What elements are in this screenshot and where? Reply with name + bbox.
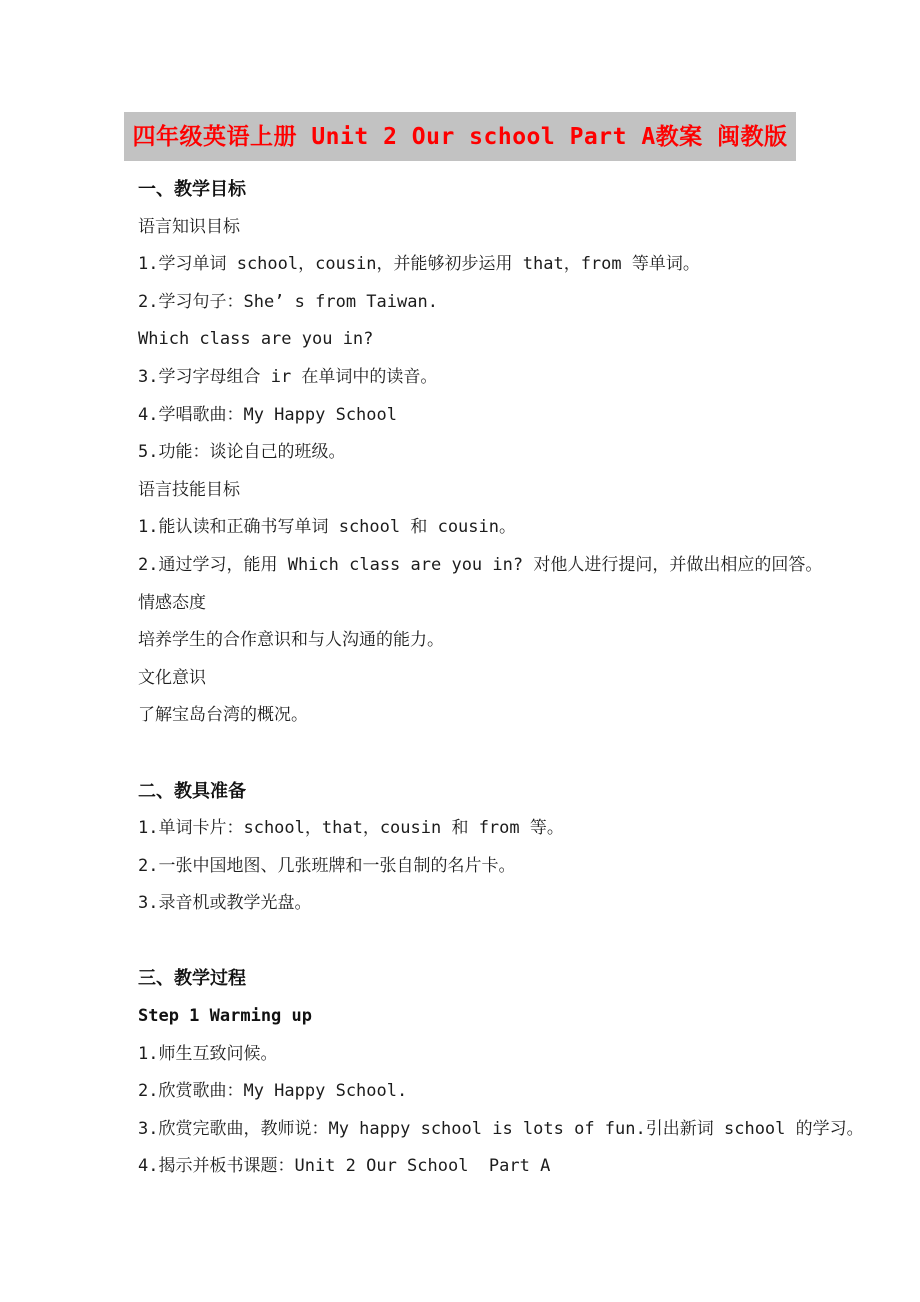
- paragraph: 3.欣赏完歌曲，教师说：My happy school is lots of f…: [138, 1111, 920, 1149]
- paragraph: 4.学唱歌曲：My Happy School: [138, 397, 920, 435]
- paragraph: Which class are you in?: [138, 321, 920, 359]
- paragraph: 4.揭示并板书课题：Unit 2 Our School Part A: [138, 1148, 920, 1186]
- paragraph: 2.通过学习，能用 Which class are you in? 对他人进行提…: [138, 547, 920, 585]
- paragraph: 培养学生的合作意识和与人沟通的能力。: [138, 622, 920, 660]
- paragraph: 1.师生互致问候。: [138, 1036, 920, 1074]
- paragraph: 3.学习字母组合 ir 在单词中的读音。: [138, 359, 920, 397]
- document-body: 一、教学目标 语言知识目标 1.学习单词 school，cousin，并能够初步…: [138, 171, 920, 1186]
- section-heading: 二、教具准备: [138, 773, 920, 811]
- paragraph: 了解宝岛台湾的概况。: [138, 697, 920, 735]
- paragraph: 3.录音机或教学光盘。: [138, 885, 920, 923]
- paragraph: 文化意识: [138, 660, 920, 698]
- paragraph: 2.学习句子：She’ s from Taiwan.: [138, 284, 920, 322]
- paragraph: 1.单词卡片：school，that，cousin 和 from 等。: [138, 810, 920, 848]
- paragraph: 1.学习单词 school，cousin，并能够初步运用 that，from 等…: [138, 246, 920, 284]
- paragraph: 语言技能目标: [138, 472, 920, 510]
- title-row: 四年级英语上册 Unit 2 Our school Part A教案 闽教版: [0, 112, 920, 161]
- paragraph: 2.欣赏歌曲：My Happy School.: [138, 1073, 920, 1111]
- paragraph: 2.一张中国地图、几张班牌和一张自制的名片卡。: [138, 848, 920, 886]
- paragraph: 语言知识目标: [138, 209, 920, 247]
- section-heading: 三、教学过程: [138, 960, 920, 998]
- document-page: 四年级英语上册 Unit 2 Our school Part A教案 闽教版 一…: [0, 0, 920, 1302]
- paragraph: 5.功能：谈论自己的班级。: [138, 434, 920, 472]
- paragraph: 情感态度: [138, 585, 920, 623]
- paragraph: 1.能认读和正确书写单词 school 和 cousin。: [138, 509, 920, 547]
- document-title: 四年级英语上册 Unit 2 Our school Part A教案 闽教版: [124, 112, 795, 161]
- step-subheading: Step 1 Warming up: [138, 998, 920, 1036]
- section-heading: 一、教学目标: [138, 171, 920, 209]
